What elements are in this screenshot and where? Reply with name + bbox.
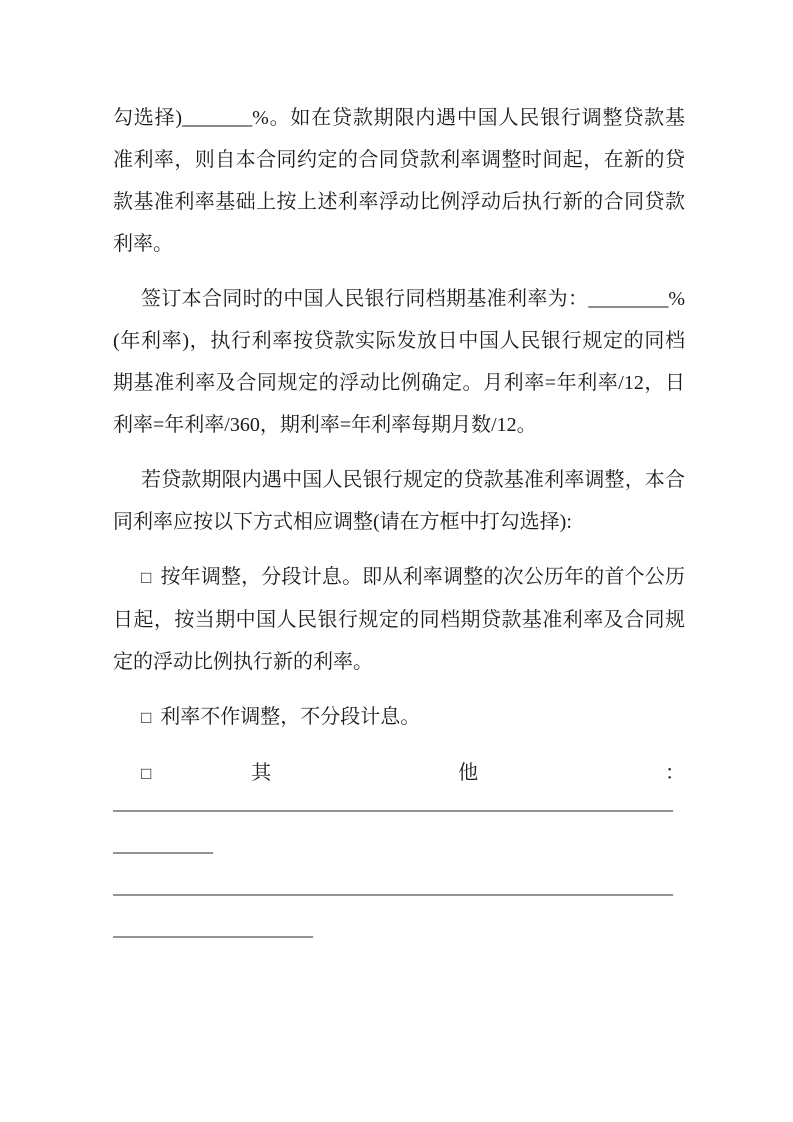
blank-fill-line[interactable]: ________________________________________… [113, 866, 685, 908]
option-no-adjust: □利率不作调整，不分段计息。 [113, 696, 685, 739]
blank-fill-line[interactable]: ________________________________________… [113, 782, 685, 824]
paragraph-adjust-method-intro: 若贷款期限内遇中国人民银行规定的贷款基准利率调整，本合同利率应按以下方式相应调整… [113, 459, 685, 543]
paragraph-text: 按年调整，分段计息。即从利率调整的次公历年的首个公历日起，按当期中国人民银行规定… [113, 566, 685, 673]
blank-lines: ________________________________________… [113, 782, 685, 950]
paragraph-rate-float-continuation: 勾选择)_______%。如在贷款期限内遇中国人民银行调整贷款基准利率，则自本合… [113, 97, 685, 265]
checkbox-icon[interactable]: □ [141, 568, 151, 587]
paragraph-text: 勾选择)_______%。如在贷款期限内遇中国人民银行调整贷款基准利率，则自本合… [113, 107, 685, 255]
checkbox-icon[interactable]: □ [141, 764, 242, 783]
document-page: 勾选择)_______%。如在贷款期限内遇中国人民银行调整贷款基准利率，则自本合… [0, 0, 793, 1122]
blank-fill-line[interactable]: ____________________ [113, 908, 685, 950]
checkbox-icon[interactable]: □ [141, 708, 151, 727]
paragraph-text: 利率不作调整，不分段计息。 [160, 706, 420, 728]
paragraph-text: 签订本合同时的中国人民银行同档期基准利率为：________%(年利率)，执行利… [113, 288, 685, 436]
document-body: 勾选择)_______%。如在贷款期限内遇中国人民银行调整贷款基准利率，则自本合… [113, 97, 685, 795]
blank-fill-line[interactable]: __________ [113, 824, 685, 866]
option-adjust-yearly-segmented: □按年调整，分段计息。即从利率调整的次公历年的首个公历日起，按当期中国人民银行规… [113, 556, 685, 683]
paragraph-text: 其 他 ： [251, 762, 685, 784]
paragraph-benchmark-rate: 签订本合同时的中国人民银行同档期基准利率为：________%(年利率)，执行利… [113, 278, 685, 446]
paragraph-text: 若贷款期限内遇中国人民银行规定的贷款基准利率调整，本合同利率应按以下方式相应调整… [113, 469, 685, 533]
